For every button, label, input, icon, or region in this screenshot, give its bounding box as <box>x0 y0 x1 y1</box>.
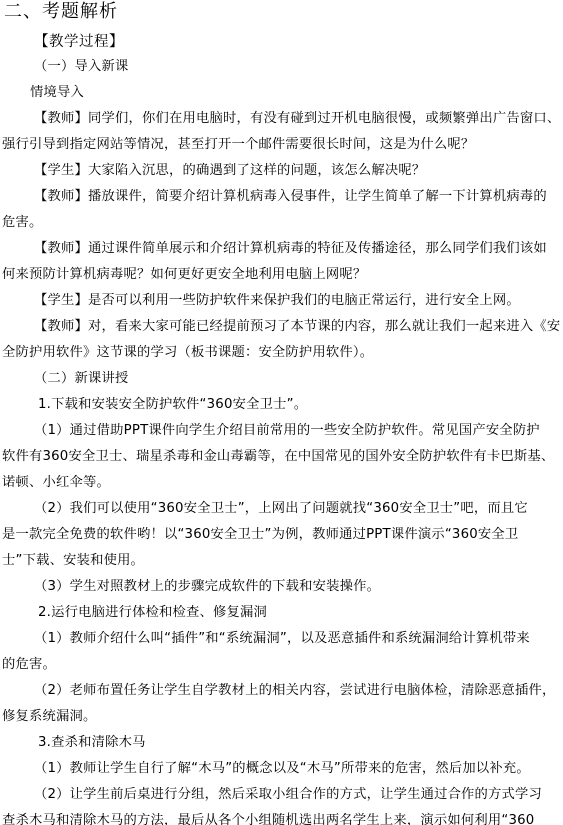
paragraph-line: （1）通过借助PPT课件向学生介绍目前常用的一些安全防护软件。常见国产安全防护 <box>34 422 540 440</box>
paragraph-line: （1）教师介绍什么叫“插件”和“系统漏洞”，以及恶意插件和系统漏洞给计算机带来 <box>34 630 530 648</box>
paragraph-line: 【教师】播放课件，简要介绍计算机病毒入侵事件，让学生简单了解一下计算机病毒的 <box>34 188 547 206</box>
paragraph-line: 危害。 <box>2 214 43 232</box>
paragraph-line: 的危害。 <box>2 656 56 674</box>
paragraph-line: 3.查杀和清除木马 <box>38 734 146 752</box>
paragraph-line: 强行引导到指定网站等情况，甚至打开一个邮件需要很长时间，这是为什么呢？ <box>2 136 474 154</box>
paragraph-line: 修复系统漏洞。 <box>2 708 96 726</box>
paragraph-line: （2）让学生前后桌进行分组，然后采取小组合作的方式，让学生通过合作的方式学习 <box>34 786 542 804</box>
section-heading: 二、考题解析 <box>4 0 118 24</box>
paragraph-line: 何来预防计算机病毒呢？如何更好更安全地利用电脑上网呢？ <box>2 266 366 284</box>
paragraph-line: （一）导入新课 <box>34 58 128 76</box>
paragraph-line: 2.运行电脑进行体检和检查、修复漏洞 <box>38 604 267 622</box>
paragraph-line: （1）教师让学生自行了解“木马”的概念以及“木马”所带来的危害，然后加以补充。 <box>34 760 530 778</box>
paragraph-line: 【学生】是否可以利用一些防护软件来保护我们的电脑正常运行，进行安全上网。 <box>34 292 520 310</box>
paragraph-line: （3）学生对照教材上的步骤完成软件的下载和安装操作。 <box>34 578 380 596</box>
paragraph-line: （2）我们可以使用“360安全卫士”，上网出了问题就找“360安全卫士”吧，而且… <box>34 500 528 518</box>
paragraph-line: 【教学过程】 <box>34 33 124 51</box>
paragraph-line: （二）新课讲授 <box>34 370 128 388</box>
paragraph-line: 查杀木马和清除木马的方法，最后从各个小组随机选出两名学生上来，演示如何利用“36… <box>2 812 534 825</box>
paragraph-line: 是一款完全免费的软件哟！以“360安全卫士”为例，教师通过PPT课件演示“360… <box>2 526 518 544</box>
paragraph-line: 【教师】对，看来大家可能已经提前预习了本节课的内容，那么就让我们一起来进入《安 <box>34 318 560 336</box>
paragraph-line: 士”下载、安装和使用。 <box>2 552 144 570</box>
paragraph-line: 情境导入 <box>30 84 84 102</box>
paragraph-line: 【学生】大家陷入沉思，的确遇到了这样的问题，该怎么解决呢？ <box>34 162 425 180</box>
paragraph-line: 1.下载和安装安全防护软件“360安全卫士”。 <box>38 396 307 414</box>
paragraph-line: （2）老师布置任务让学生自学教材上的相关内容，尝试进行电脑体检，清除恶意插件， <box>34 682 556 700</box>
paragraph-line: 诺顿、小红伞等。 <box>2 474 110 492</box>
paragraph-line: 【教师】通过课件简单展示和介绍计算机病毒的特征及传播途径，那么同学们我们该如 <box>34 240 547 258</box>
paragraph-line: 【教师】同学们，你们在用电脑时，有没有碰到过开机电脑很慢，或频繁弹出广告窗口、 <box>34 110 560 128</box>
paragraph-line: 软件有360安全卫士、瑞星杀毒和金山毒霸等，在中国常见的国外安全防护软件有卡巴斯… <box>2 448 554 466</box>
paragraph-line: 全防护用软件》这节课的学习（板书课题：安全防护用软件）。 <box>2 344 373 362</box>
